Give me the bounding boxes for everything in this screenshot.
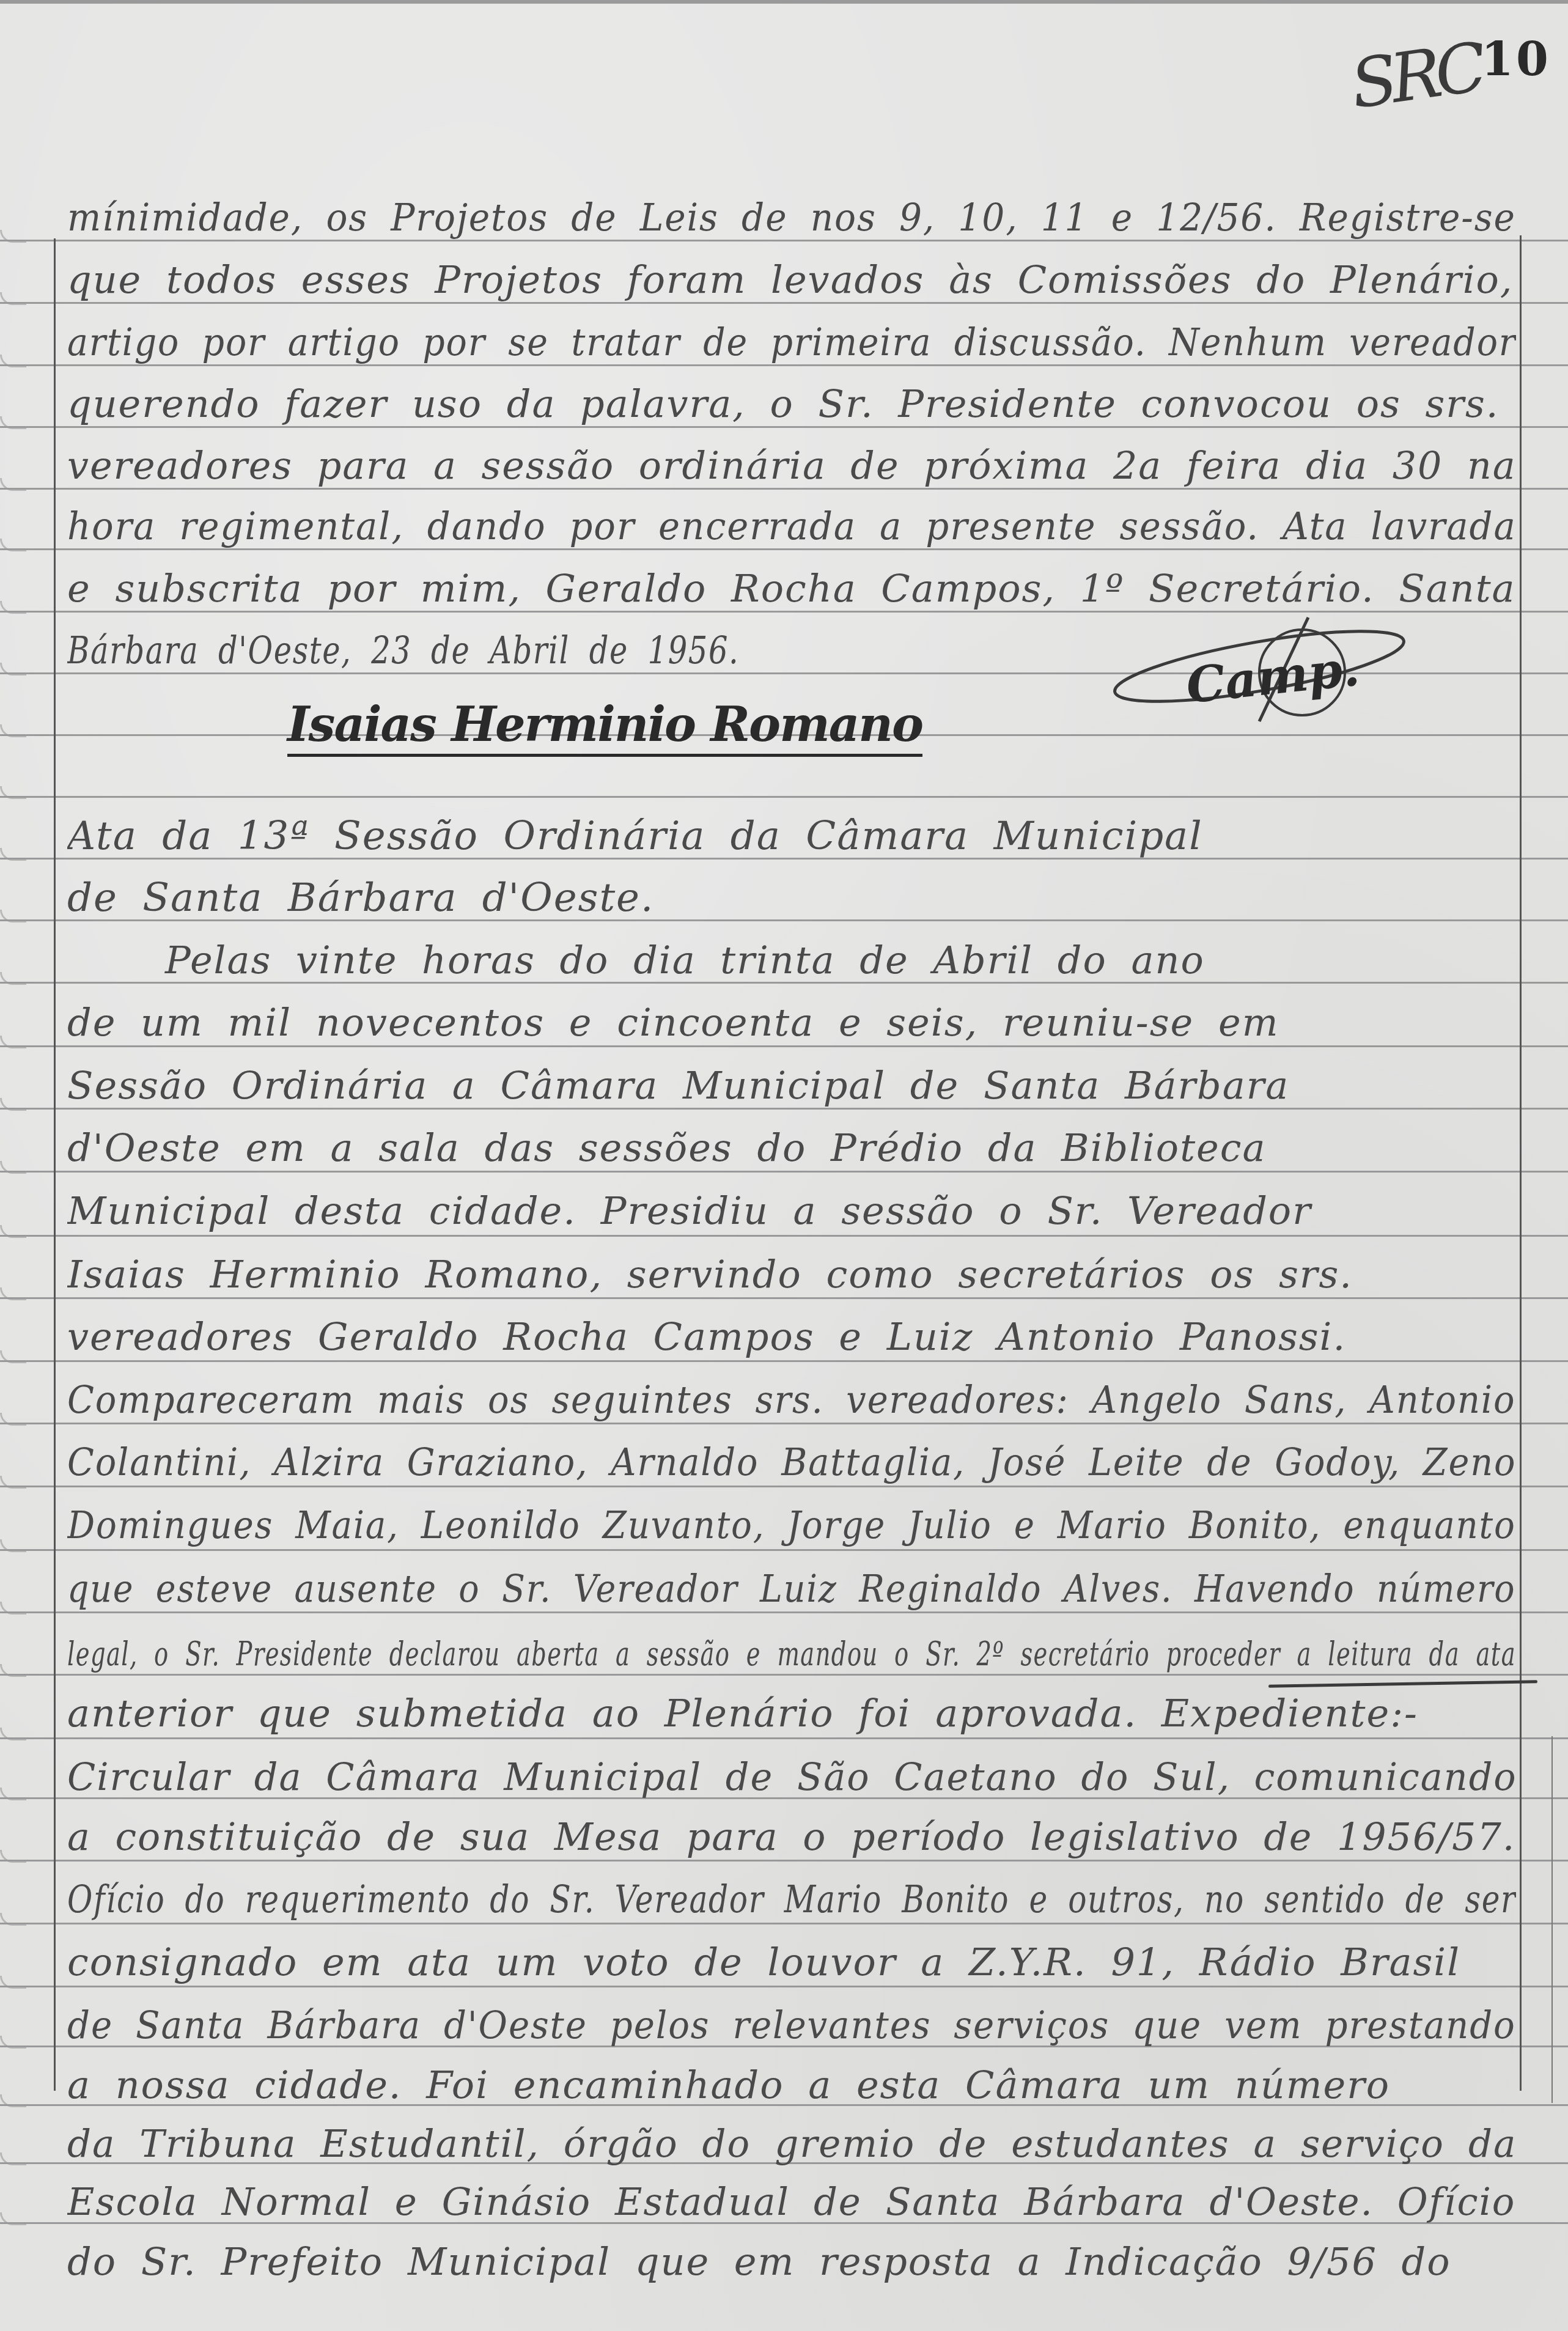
- left-margin-line: [54, 238, 56, 2091]
- handwritten-line: Compareceram mais os seguintes srs. vere…: [67, 1355, 1516, 1422]
- handwritten-line: a nossa cidade. Foi encaminhado a esta C…: [67, 2040, 1516, 2107]
- handwritten-line: querendo fazer uso da palavra, o Sr. Pre…: [67, 359, 1516, 426]
- minutes-title-line: de Santa Bárbara d'Oeste.: [67, 853, 862, 921]
- handwritten-line: da Tribuna Estudantil, órgão do gremio d…: [67, 2099, 1516, 2166]
- page-top-edge: [0, 0, 1568, 4]
- handwritten-line: Domingues Maia, Leonildo Zuvanto, Jorge …: [67, 1480, 1516, 1547]
- handwritten-line: que esteve ausente o Sr. Vereador Luiz R…: [67, 1544, 1516, 1611]
- handwritten-line: vereadores para a sessão ordinária de pr…: [67, 421, 1516, 488]
- handwritten-line: Bárbara d'Oeste, 23 de Abril de 1956.: [67, 605, 740, 672]
- handwritten-line: Municipal desta cidade. Presidiu a sessã…: [67, 1166, 1516, 1233]
- handwritten-line: a constituição de sua Mesa para o períod…: [67, 1792, 1516, 1859]
- handwritten-line: de Santa Bárbara d'Oeste pelos relevante…: [67, 1980, 1516, 2047]
- handwritten-line: Circular da Câmara Municipal de São Caet…: [67, 1732, 1516, 1799]
- handwritten-line: d'Oeste em a sala das sessões do Prédio …: [67, 1103, 1516, 1170]
- page-number: 10: [1481, 32, 1551, 86]
- ledger-page: SRC 10 mínimidade, os Projetos de Leis d…: [0, 0, 1568, 2331]
- far-right-margin-line: [1551, 1736, 1553, 2103]
- handwritten-line: e subscrita por mim, Geraldo Rocha Campo…: [67, 543, 1516, 611]
- handwritten-line: que todos esses Projetos foram levados à…: [67, 235, 1516, 302]
- handwritten-line: do Sr. Prefeito Municipal que em respost…: [67, 2217, 1516, 2284]
- secretary-signature: Camp.: [1076, 611, 1418, 734]
- page-initials-rubric: SRC: [1346, 28, 1485, 123]
- handwritten-line: Colantini, Alzira Graziano, Arnaldo Batt…: [67, 1417, 1516, 1484]
- handwritten-line: legal, o Sr. Presidente declarou aberta …: [67, 1606, 1516, 1673]
- handwritten-line: Isaias Herminio Romano, servindo como se…: [67, 1229, 1516, 1297]
- handwritten-line: Escola Normal e Ginásio Estadual de Sant…: [67, 2157, 1516, 2224]
- handwritten-line: Pelas vinte horas do dia trinta de Abril…: [67, 915, 1516, 982]
- minutes-title-line: Ata da 13ª Sessão Ordinária da Câmara Mu…: [67, 792, 1516, 859]
- handwritten-line: de um mil novecentos e cincoenta e seis,…: [67, 978, 1516, 1045]
- president-signature: Isaias Herminio Romano: [287, 697, 922, 757]
- handwritten-line: Sessão Ordinária a Câmara Municipal de S…: [67, 1040, 1516, 1108]
- handwritten-line: Ofício do requerimento do Sr. Vereador M…: [67, 1854, 1516, 1921]
- handwritten-line: consignado em ata um voto de louvor a Z.…: [67, 1917, 1516, 1984]
- handwritten-line: hora regimental, dando por encerrada a p…: [67, 481, 1516, 548]
- right-margin-line: [1520, 235, 1522, 2091]
- handwritten-line: artigo por artigo por se tratar de prime…: [67, 297, 1516, 364]
- handwritten-line: mínimidade, os Projetos de Leis de nos 9…: [67, 172, 1516, 240]
- handwritten-line: anterior que submetida ao Plenário foi a…: [67, 1668, 1516, 1736]
- handwritten-line: vereadores Geraldo Rocha Campos e Luiz A…: [67, 1292, 1516, 1359]
